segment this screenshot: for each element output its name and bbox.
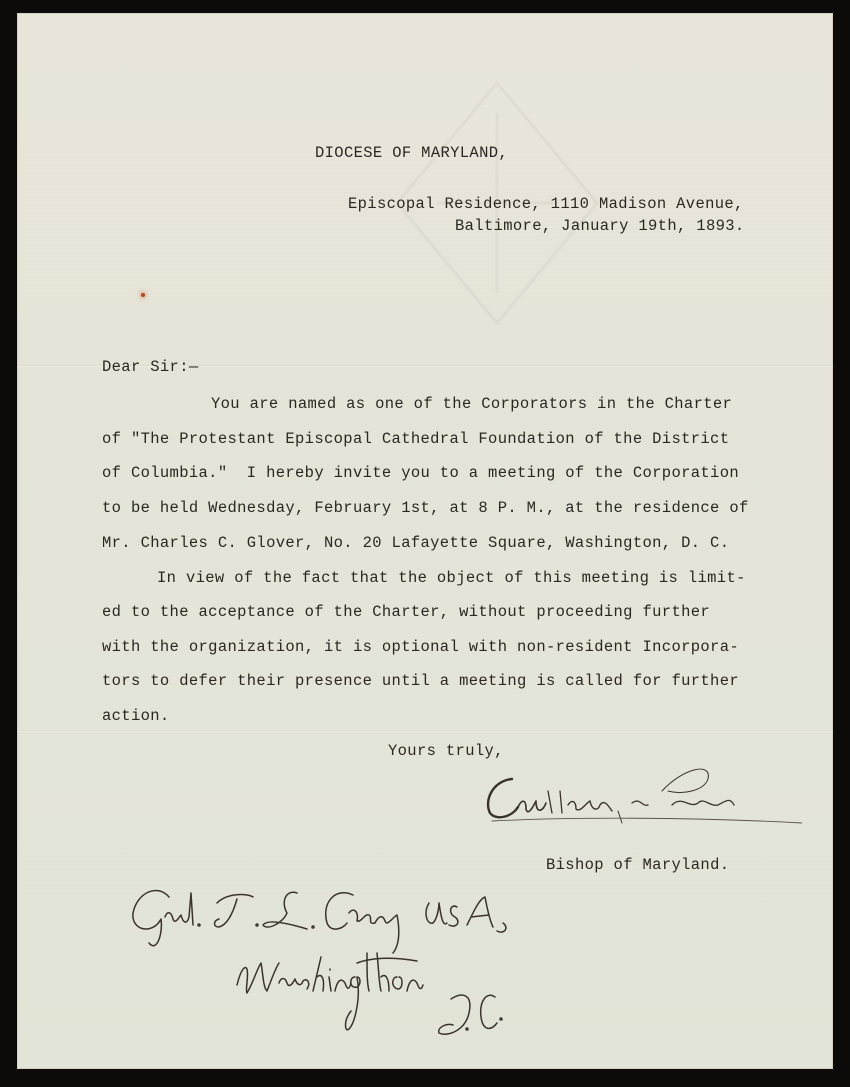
letterhead-address: Episcopal Residence, 1110 Madison Avenue… [348,197,744,213]
body-line: In view of the fact that the object of t… [157,571,746,587]
body-line: Mr. Charles C. Glover, No. 20 Lafayette … [102,536,729,552]
body-line: with the organization, it is optional wi… [102,640,739,656]
signature-title: Bishop of Maryland. [546,858,729,874]
salutation: Dear Sir:— [102,360,199,376]
body-line: of Columbia." I hereby invite you to a m… [102,466,739,482]
letterhead-place-date: Baltimore, January 19th, 1893. [455,219,745,235]
addressee-handwritten: Genl. T. L. Casey U.S.A. [117,873,537,1053]
body-line: You are named as one of the Corporators … [211,397,732,413]
body-line: tors to defer their presence until a mee… [102,674,739,690]
fold-line [17,730,833,732]
letterhead-organization: DIOCESE OF MARYLAND, [315,146,508,162]
body-line: action. [102,709,170,725]
body-line: of "The Protestant Episcopal Cathedral F… [102,432,729,448]
signature-handwritten: William Paret [472,761,802,831]
body-line: to be held Wednesday, February 1st, at 8… [102,501,749,517]
body-line: ed to the acceptance of the Charter, wit… [102,605,710,621]
letter-paper: DIOCESE OF MARYLAND, Episcopal Residence… [17,13,833,1069]
closing: Yours truly, [388,744,504,760]
ink-spot [141,293,145,297]
